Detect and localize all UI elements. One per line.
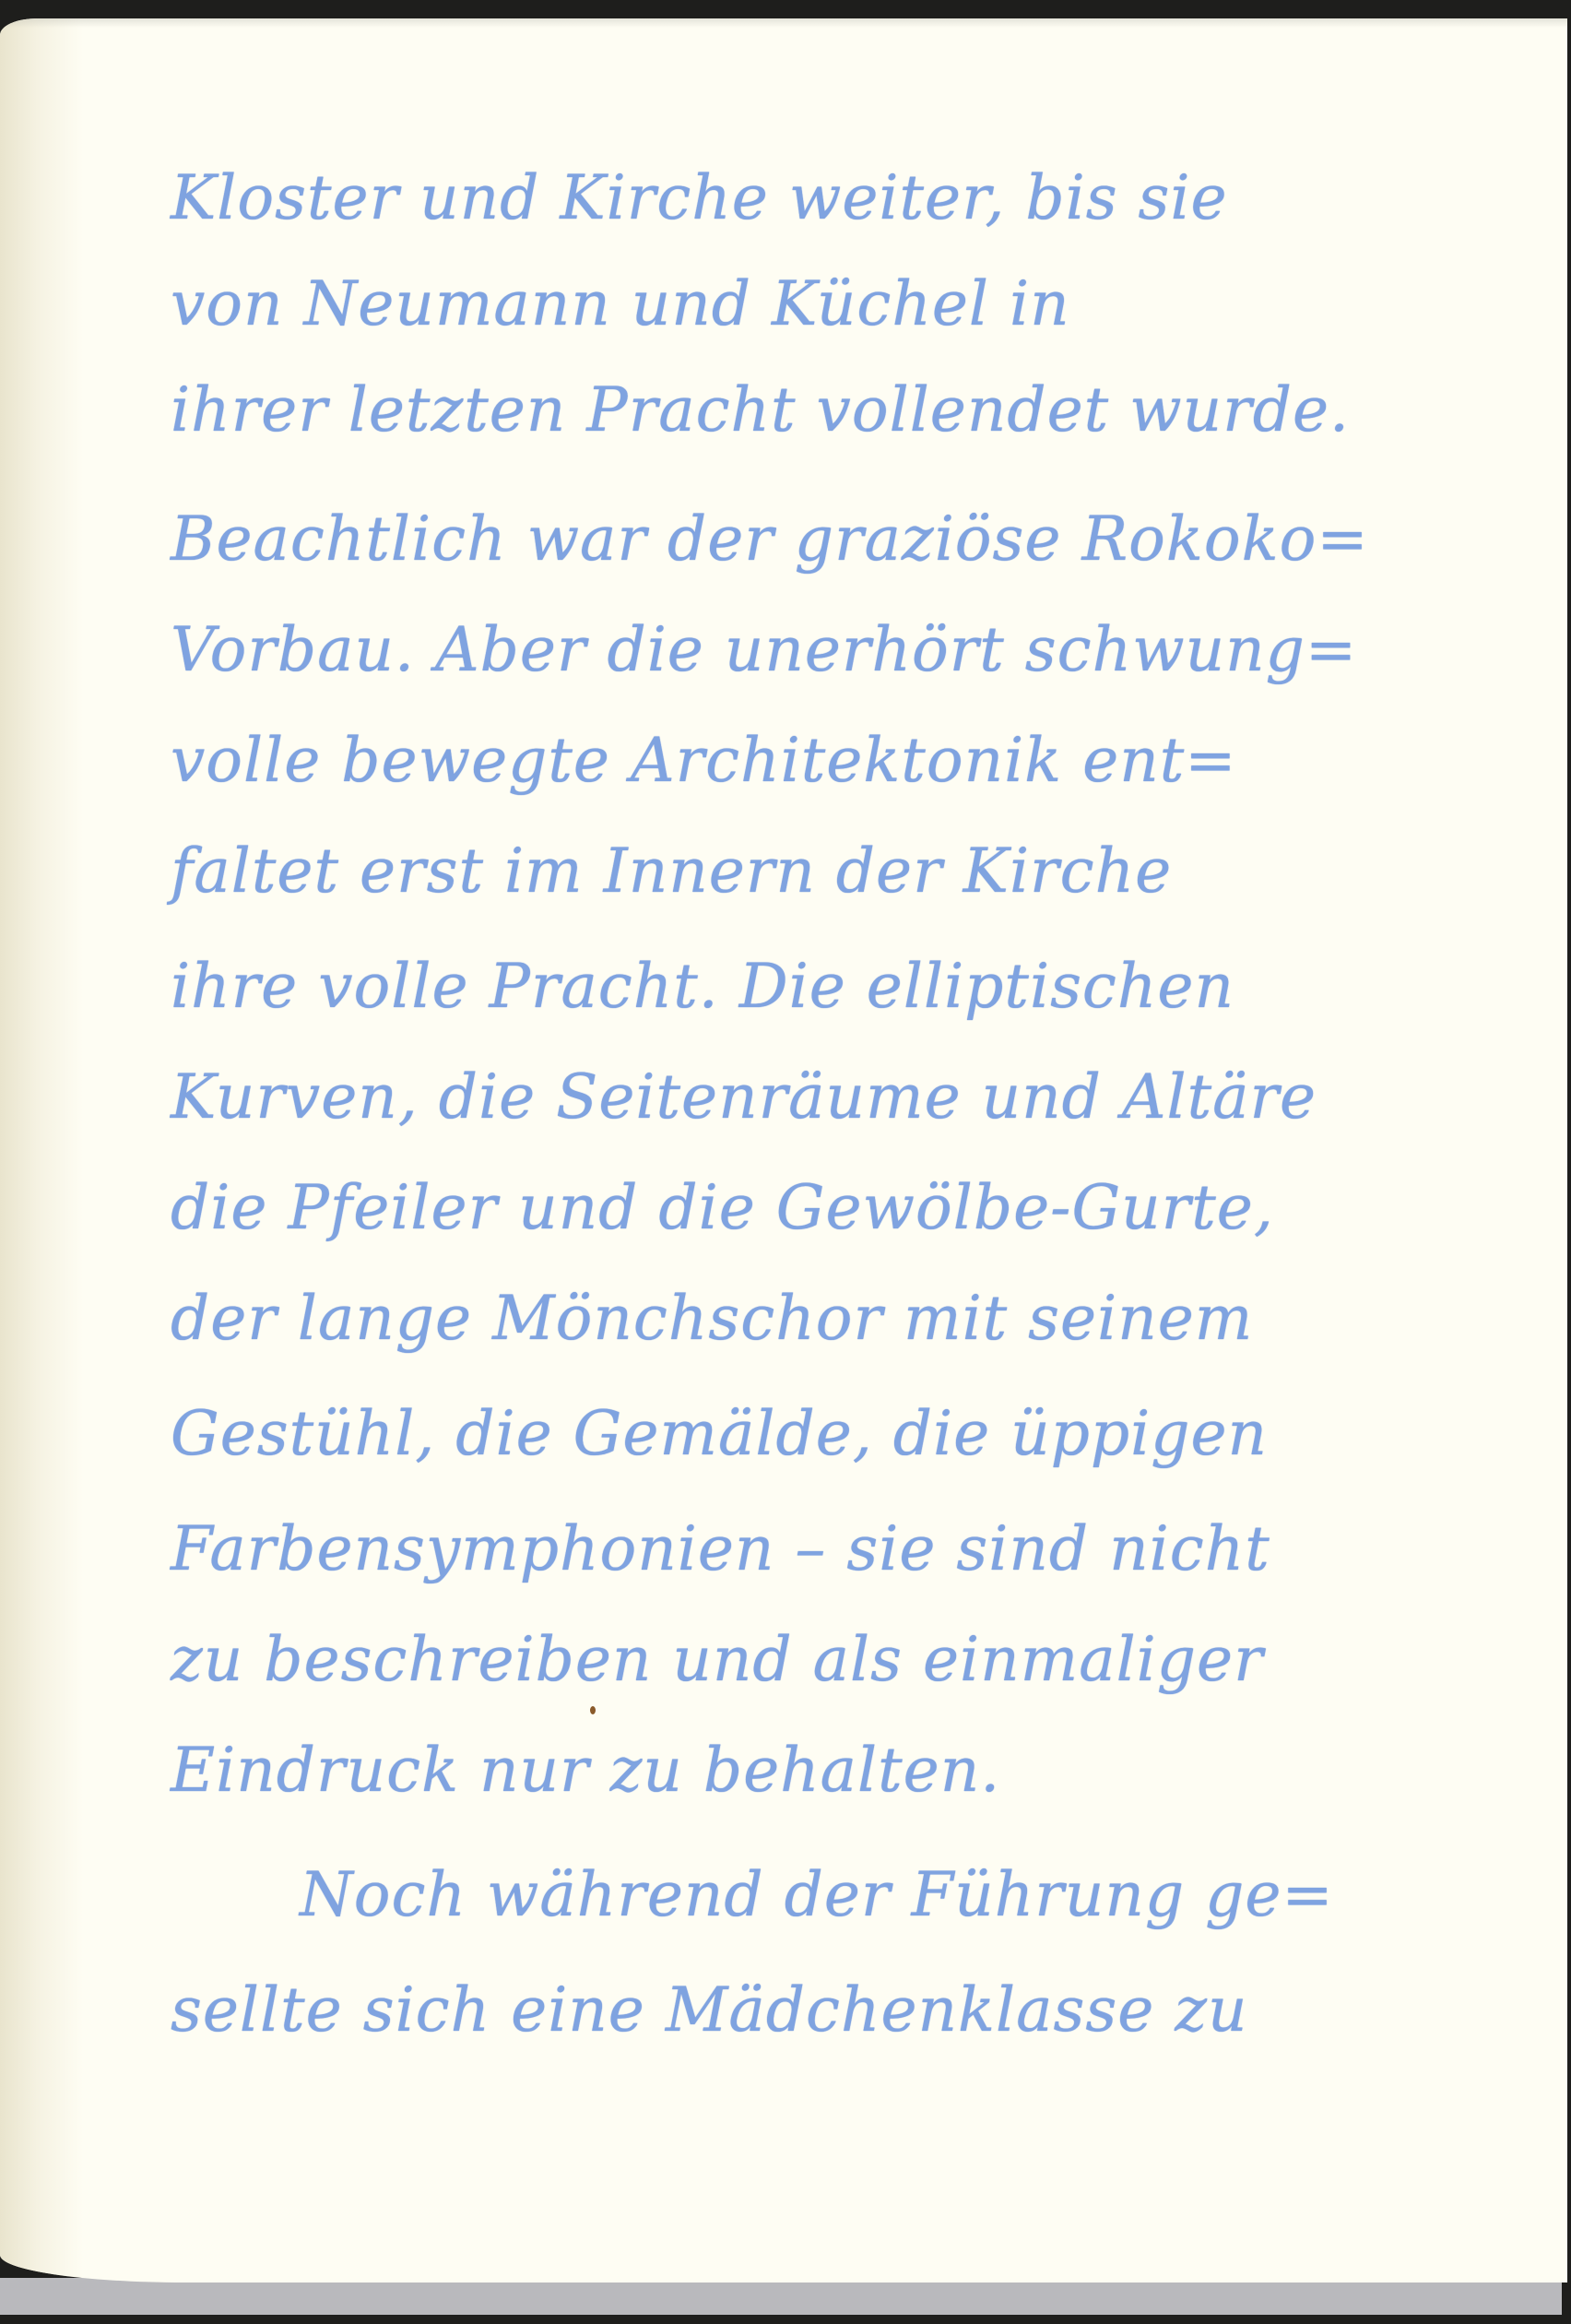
scanner-bed-strip: [0, 2278, 1562, 2315]
text-line-8: ihre volle Pracht. Die elliptischen: [171, 945, 1234, 1028]
text-line-4: Beachtlich war der graziöse Rokoko=: [171, 498, 1369, 581]
text-line-2: von Neumann und Küchel in: [171, 263, 1070, 346]
text-line-10: die Pfeiler und die Gewölbe-Gurte,: [171, 1167, 1274, 1250]
text-line-12: Gestühl, die Gemälde, die üppigen: [171, 1393, 1268, 1476]
text-line-7: faltet erst im Innern der Kirche: [171, 830, 1172, 913]
ink-blot: [590, 1706, 596, 1714]
text-line-11: der lange Mönchschor mit seinem: [171, 1277, 1253, 1360]
text-line-1: Kloster und Kirche weiter, bis sie: [171, 157, 1228, 240]
text-line-6: volle bewegte Architektonik ent=: [171, 719, 1237, 802]
text-line-13: Farbensymphonien – sie sind nicht: [171, 1508, 1270, 1591]
text-line-3: ihrer letzten Pracht vollendet wurde.: [171, 369, 1350, 452]
text-line-9: Kurven, die Seitenräume und Altäre: [171, 1056, 1317, 1139]
text-line-17: sellte sich eine Mädchenklasse zu: [171, 1969, 1248, 2052]
text-line-5: Vorbau. Aber die unerhört schwung=: [171, 609, 1357, 692]
text-line-16: Noch während der Führung ge=: [300, 1854, 1334, 1937]
notebook-page: Kloster und Kirche weiter, bis sie von N…: [0, 18, 1567, 2282]
text-line-14: zu beschreiben und als einmaliger: [171, 1618, 1264, 1701]
text-line-15: Eindruck nur zu behalten.: [171, 1729, 1000, 1812]
